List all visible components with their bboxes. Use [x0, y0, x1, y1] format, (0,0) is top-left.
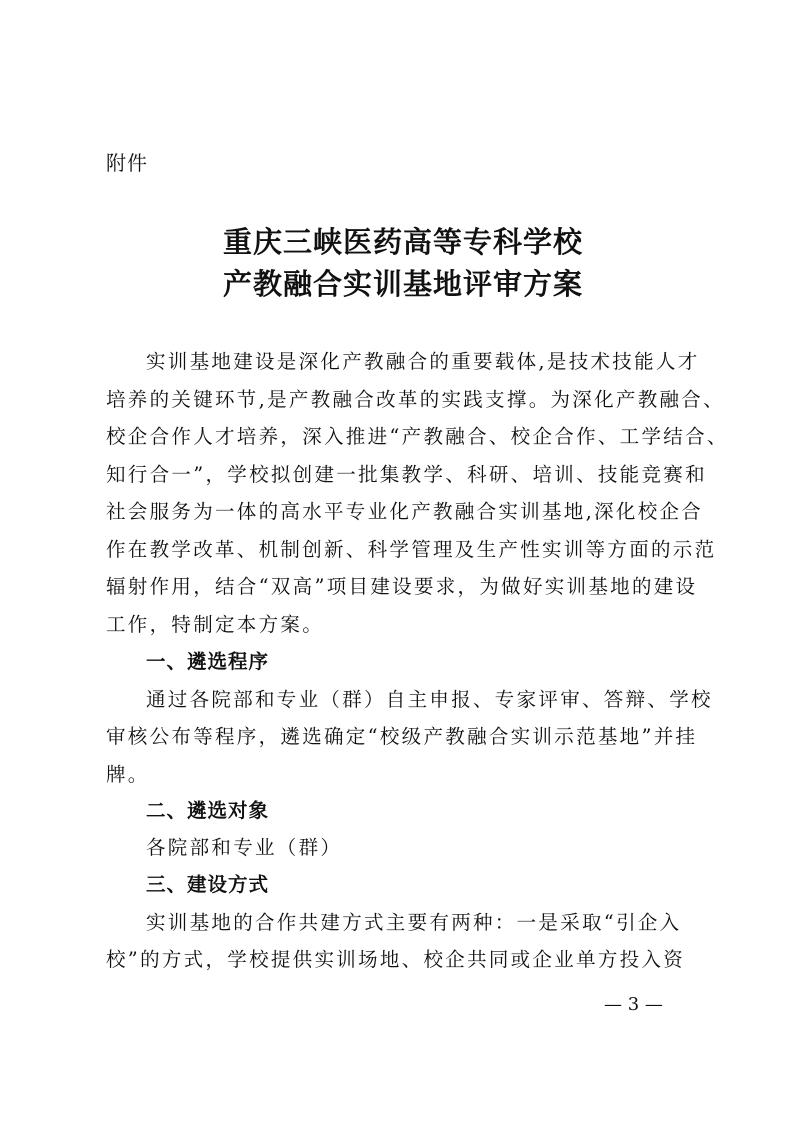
- section-heading: 三、建设方式: [146, 873, 726, 897]
- document-page: 附件 重庆三峡医药高等专科学校 产教融合实训基地评审方案 实训基地建设是深化产教…: [0, 0, 794, 1123]
- attachment-label: 附件: [106, 150, 148, 176]
- paragraph-line: 各院部和专业（群）: [146, 836, 726, 860]
- document-title-line-1: 重庆三峡医药高等专科学校: [6, 222, 794, 262]
- paragraph-line: 牌。: [106, 763, 686, 787]
- paragraph-line: 作在教学改革、机制创新、科学管理及生产性实训等方面的示范: [106, 538, 686, 562]
- paragraph-line: 审核公布等程序，遴选确定“校级产教融合实训示范基地”并挂: [106, 725, 686, 749]
- paragraph-line: 辐射作用，结合“双高”项目建设要求，为做好实训基地的建设: [106, 575, 686, 599]
- page-number: — 3 —: [604, 993, 663, 1017]
- paragraph-line: 培养的关键环节,是产教融合改革的实践支撑。为深化产教融合、: [106, 388, 686, 412]
- paragraph-line: 知行合一”，学校拟创建一批集教学、科研、培训、技能竞赛和: [106, 463, 686, 487]
- paragraph-line: 实训基地的合作共建方式主要有两种：一是采取“引企入: [146, 911, 726, 935]
- document-title-line-2: 产教融合实训基地评审方案: [6, 264, 794, 304]
- section-heading: 二、遴选对象: [146, 799, 726, 823]
- paragraph-line: 校”的方式，学校提供实训场地、校企共同或企业单方投入资: [106, 948, 686, 972]
- section-heading: 一、遴选程序: [146, 650, 726, 674]
- paragraph-line: 通过各院部和专业（群）自主申报、专家评审、答辩、学校: [146, 688, 726, 712]
- paragraph-line: 社会服务为一体的高水平专业化产教融合实训基地,深化校企合: [106, 500, 686, 524]
- paragraph-line: 工作，特制定本方案。: [106, 613, 686, 637]
- paragraph-line: 实训基地建设是深化产教融合的重要载体,是技术技能人才: [146, 350, 726, 374]
- paragraph-line: 校企合作人才培养，深入推进“产教融合、校企合作、工学结合、: [106, 425, 686, 449]
